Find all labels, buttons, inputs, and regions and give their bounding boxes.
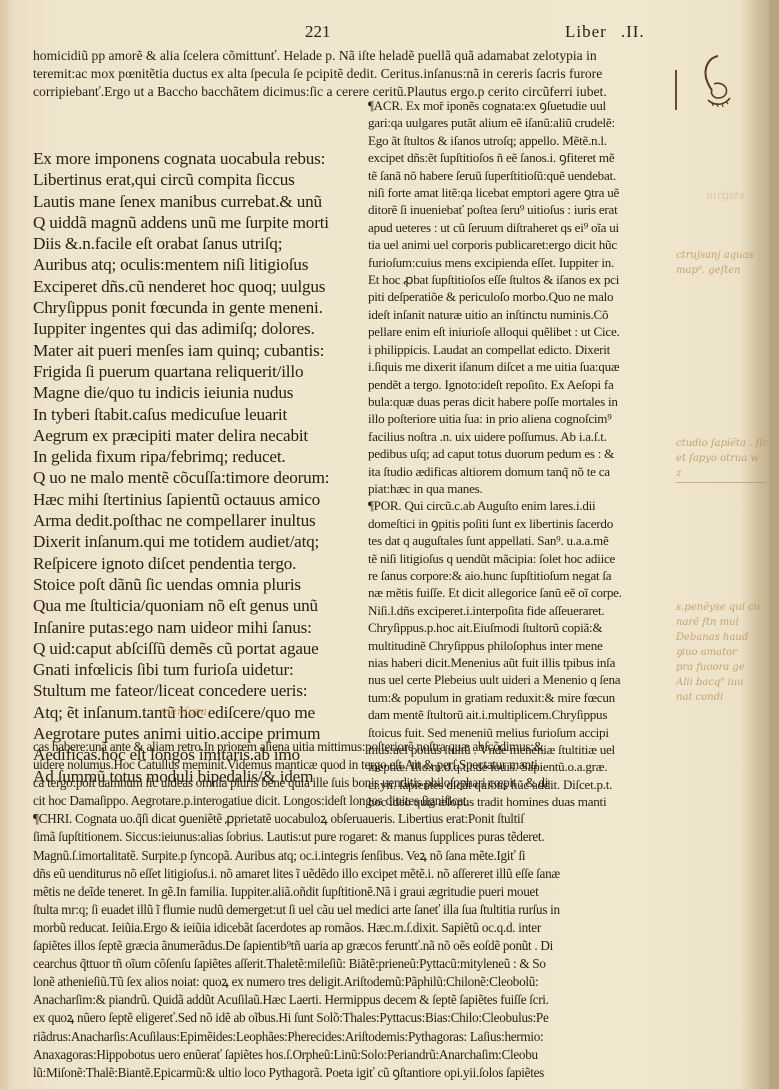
verse-line: In tyberi ſtabit.caſus medicuſue leuarit — [33, 404, 358, 425]
marginal-note: s.penẽyse qui cu narẽ ſtn mul Debanas ha… — [676, 600, 760, 705]
commentary-line: i.ſiquis me dixerit iſanum diſcet a me u… — [368, 358, 676, 375]
commentary-line: mẽtis ne deĩde teneret. In gẽ.In familia… — [33, 883, 678, 901]
commentary-line: multitudinẽ Chryſippus philoſophus inter… — [368, 637, 676, 654]
marginal-note: ctudio ſapiẽta . ſic et ſapyo otrua w z — [676, 436, 768, 481]
verse-line: Q uid:caput abſciſſũ demẽs cũ portat aga… — [33, 638, 358, 659]
commentary-line: tum:& populum in gratiam reduxit:& mire … — [368, 689, 676, 706]
commentary-line: dñs eũ uenditurus nõ eſſet litigioſus.i.… — [33, 865, 678, 883]
verse-line: Diis &.n.facile eſt orabat ſanus utriſq; — [33, 233, 358, 254]
bottom-commentary: cas habere:unã ante & aliam retro.In pri… — [33, 738, 678, 1082]
commentary-line: nias haberi dicit.Menenius aũt fuit illi… — [368, 654, 676, 671]
commentary-line: cas habere:unã ante & aliam retro.In pri… — [33, 738, 678, 756]
commentary-line: ¶ACR. Ex moř iponẽs cognata:ex ꝯſuetudie… — [368, 97, 676, 114]
commentary-line: pellare enim eſt iniurioſe alloqui quẽli… — [368, 323, 676, 340]
verse-line: Ex more imponens cognata uocabula rebus: — [33, 148, 358, 169]
commentary-line: tẽ niſi litigioſus q uendũt mãcipia: ſol… — [368, 550, 676, 567]
marginal-note-line: map⁹. geſten — [676, 263, 754, 278]
verse-line: Lautis mane ſenex manibus currebat.& unũ — [33, 191, 358, 212]
verse-line: Frigida ſi puerum quartana reliquerit/il… — [33, 361, 358, 382]
verse-line: Qua me ſtulticia/quoniam nõ eſt genus un… — [33, 595, 358, 616]
commentary-line: Niſi.l.dñs exciperet.i.interpoſita fide … — [368, 602, 676, 619]
commentary-line: apud ueteres : ut cũ ſeruum diſtraheret … — [368, 219, 676, 236]
commentary-line: Ego ãt ſtultos & iſanos utroſq; appello.… — [368, 132, 676, 149]
top-commentary: homicidiũ pp amorẽ & alia ſcelera cõmitt… — [33, 47, 673, 101]
commentary-line: ditorẽ ſi inueniebať poſtea ſeru⁹ uitioſ… — [368, 201, 676, 218]
marginal-note-line: ctudio ſapiẽta . ſic — [676, 436, 768, 451]
running-title-book: .II. — [621, 22, 645, 41]
commentary-line: piti deſperatiõe & periculoſo morbo.Quo … — [368, 288, 676, 305]
marginal-note-line: narẽ ſtn mul — [676, 615, 760, 630]
verse-line: Magne die/quo tu indicis ieiunia nudus — [33, 382, 358, 403]
commentary-line: homicidiũ pp amorẽ & alia ſcelera cõmitt… — [33, 47, 673, 65]
verse-line: Auribus atq; oculis:mentem niſi litigioſ… — [33, 254, 358, 275]
commentary-line: re ſanus corpore:& aio.hunc ſupſtitioſum… — [368, 567, 676, 584]
folio-number: 221 — [305, 22, 331, 42]
marginal-note-line: ctrujsanj aquas — [676, 248, 754, 263]
running-title-liber: Liber — [565, 22, 607, 41]
verse-line: Iuppiter ingentes qui das adimiſq; dolor… — [33, 318, 358, 339]
verse-line: Mater ait pueri menſes iam quinq; cubant… — [33, 340, 358, 361]
commentary-line: riãdrus:Anacharſis:Acuſilaus:Epimẽides:L… — [33, 1028, 678, 1046]
verse-line: Inſanire putas:ego nam uideor mihi ſanus… — [33, 617, 358, 638]
commentary-line: cit hoc Damaſippo. Aegrotare.p.interogat… — [33, 792, 678, 810]
commentary-line: ca tergo:poſt damnum ſic uideas omnia pl… — [33, 774, 678, 792]
commentary-line: Magnũ.ſ.imortalitatẽ. Surpite.p ſyncopã.… — [33, 847, 678, 865]
verse-line: Hæc mihi ſtertinius ſapientũ octauus ami… — [33, 489, 358, 510]
commentary-line: tia uel animi uel corporis publicaret:er… — [368, 236, 676, 253]
marginal-note-line: Debanas haud — [676, 630, 760, 645]
marginal-note: ctrujsanj aquas map⁹. geſten — [676, 248, 754, 278]
verse-line: Reſpicere ignoto diſcet pendentia tergo. — [33, 553, 358, 574]
verse-line: Gnati infœlicis ſibi tum furioſa uidetur… — [33, 659, 358, 680]
marginal-note-line: s.penẽyse qui cu — [676, 600, 760, 615]
commentary-line: teremit:ac mox pœnitẽtia ductus ex alta … — [33, 65, 673, 83]
verse-line: Aegrum ex præcipiti mater delira necabit — [33, 425, 358, 446]
commentary-line: illo poſteriore uitia ſua: in prio alien… — [368, 410, 676, 427]
commentary-line: pendẽt a tergo. Ignoto:ideſt repoſito. E… — [368, 376, 676, 393]
marginal-note-line: nat condi — [676, 690, 760, 705]
commentary-line: ¶POR. Qui circũ.c.ab Auguſto enim lares.… — [368, 497, 676, 514]
running-title: Liber.II. — [565, 22, 645, 42]
commentary-line: pedibus uſq; ad caput totus duorum pedum… — [368, 445, 676, 462]
commentary-line: niſi forte amat litẽ:qa licebat emptori … — [368, 184, 676, 201]
verse-line: Stultum me fateor/liceat concedere ueris… — [33, 680, 358, 701]
commentary-line: piat:hæc in qua manes. — [368, 480, 676, 497]
commentary-line: dam mentẽ ſtultorũ ait.i.multiplicem.Chr… — [368, 706, 676, 723]
commentary-line: ex quoꝝ nũero ſeptẽ eligereť.Sed nõ idẽ … — [33, 1009, 678, 1027]
commentary-line: excipet dñs:ẽt ſupſtitioſos ñ eẽ ſanos.i… — [368, 149, 676, 166]
commentary-line: gari:qa uulgares putãt alium eẽ iſanũ:al… — [368, 114, 676, 131]
commentary-line: næ mẽtis fuiſſe. Et dicit allegorice ſan… — [368, 584, 676, 601]
commentary-line: furioſum:cuius mens excipienda eſſet. Iu… — [368, 254, 676, 271]
verse-line: Q uo ne malo mentẽ cõcuſſa:timore deorum… — [33, 467, 358, 488]
marginal-note-line: ꝯiuo amator — [676, 645, 760, 660]
verse-line: Chryſippus ponit fœcunda in gente meneni… — [33, 297, 358, 318]
commentary-line: tẽ ſanã nõ habere ſeruũ ſuperſtitioſũ:qu… — [368, 167, 676, 184]
marginal-note: uirijsts — [706, 188, 745, 203]
commentary-line: Et hoc ꝓbat ſupſtitioſos eſſe ſtultos & … — [368, 271, 676, 288]
verse-line: Exciperet dñs.cũ nenderet hoc quoq; uulg… — [33, 276, 358, 297]
verse-line: Libertinus erat,qui circũ compita ſiccus — [33, 169, 358, 190]
manicule-icon — [700, 54, 734, 117]
verse-line: Arma dedit.poſthac ne compellarer inultu… — [33, 510, 358, 531]
commentary-line: cearchus q̃ttuor tñ oĩum cõſenſu ſapiẽte… — [33, 955, 678, 973]
commentary-line: lũ:Miſonẽ:Thalẽ:Biantẽ.Epicarmũ:& ultio … — [33, 1064, 678, 1082]
commentary-line: ideſt inſanit naturæ uitio an inſtinctu … — [368, 306, 676, 323]
commentary-line: i philippicis. Laudat an compellat edict… — [368, 341, 676, 358]
marginal-note-line: z — [676, 466, 768, 481]
commentary-line: uidere nolumus.Hoc Catullus meminit.Vide… — [33, 756, 678, 774]
commentary-line: tes dat q auguſtales ſunt appellati. San… — [368, 532, 676, 549]
commentary-line: Chryſippus.p.hoc ait.Eiuſmodi ſtultorũ c… — [368, 619, 676, 636]
verse-line: Q uiddã magnũ addens unũ me ſurpite mort… — [33, 212, 358, 233]
commentary-line: morbũ reducat. Ieiũia.Ergo & ieiũia idic… — [33, 919, 678, 937]
page-header: 221 Liber.II. — [0, 22, 779, 46]
commentary-line: Anacharſim:& piandrũ. Quidã addũt Acuſil… — [33, 991, 678, 1009]
commentary-line: ita ſtudio ædificas altiorem domum tanq̃… — [368, 463, 676, 480]
marginal-note-line: pra fuoora ge — [676, 660, 760, 675]
marginal-note-line: et ſapyo otrua w — [676, 451, 768, 466]
book-page: 221 Liber.II. homicidiũ pp amorẽ & alia … — [0, 0, 779, 1089]
commentary-line: ſapiẽtes illos ſeptẽ græcia ãnumerãdus.D… — [33, 937, 678, 955]
side-commentary: ¶ACR. Ex moř iponẽs cognata:ex ꝯſuetudie… — [368, 97, 676, 811]
commentary-line: facilius noſtra .n. uix uidere poſſumus.… — [368, 428, 676, 445]
commentary-line: lonẽ athenieſiũ.Tũ ſex alios noiat: quoꝝ… — [33, 973, 678, 991]
commentary-line: Anaxagoras:Hippobotus uero enũerať ſapiẽ… — [33, 1046, 678, 1064]
verse-line: In gelida fixum ripa/febrimq; reducet. — [33, 446, 358, 467]
commentary-line: ſtulta mr:q; ſi euadet illũ ĩ flumie nud… — [33, 901, 678, 919]
commentary-line: ¶CHRI. Cognata uo.q̃ſi dicat ꝯueniẽtẽ ꝓp… — [33, 810, 678, 828]
marginal-rule — [676, 482, 766, 483]
commentary-line: domeſtici in ꝯpitis poſiti ſunt ex liber… — [368, 515, 676, 532]
marginal-note-line: Alii bacq⁹ iuu — [676, 675, 760, 690]
commentary-line: nus uel certe Plebeius uult uideri a Men… — [368, 671, 676, 688]
commentary-line: ſimã ſupſtitionem. Siccus:ieiunus:alias … — [33, 828, 678, 846]
horace-verse-text: Ex more imponens cognata uocabula rebus:… — [33, 148, 358, 787]
page-edge — [769, 0, 779, 1089]
verse-line: Dixerit inſanum.qui me totidem audiet/at… — [33, 531, 358, 552]
verse-line: Stoice poſt dãnũ ſic uendas omnia pluris — [33, 574, 358, 595]
marginal-note-mensura: menſura — [160, 704, 207, 719]
commentary-line: bula:quæ duas peras dicit habere poſſe m… — [368, 393, 676, 410]
